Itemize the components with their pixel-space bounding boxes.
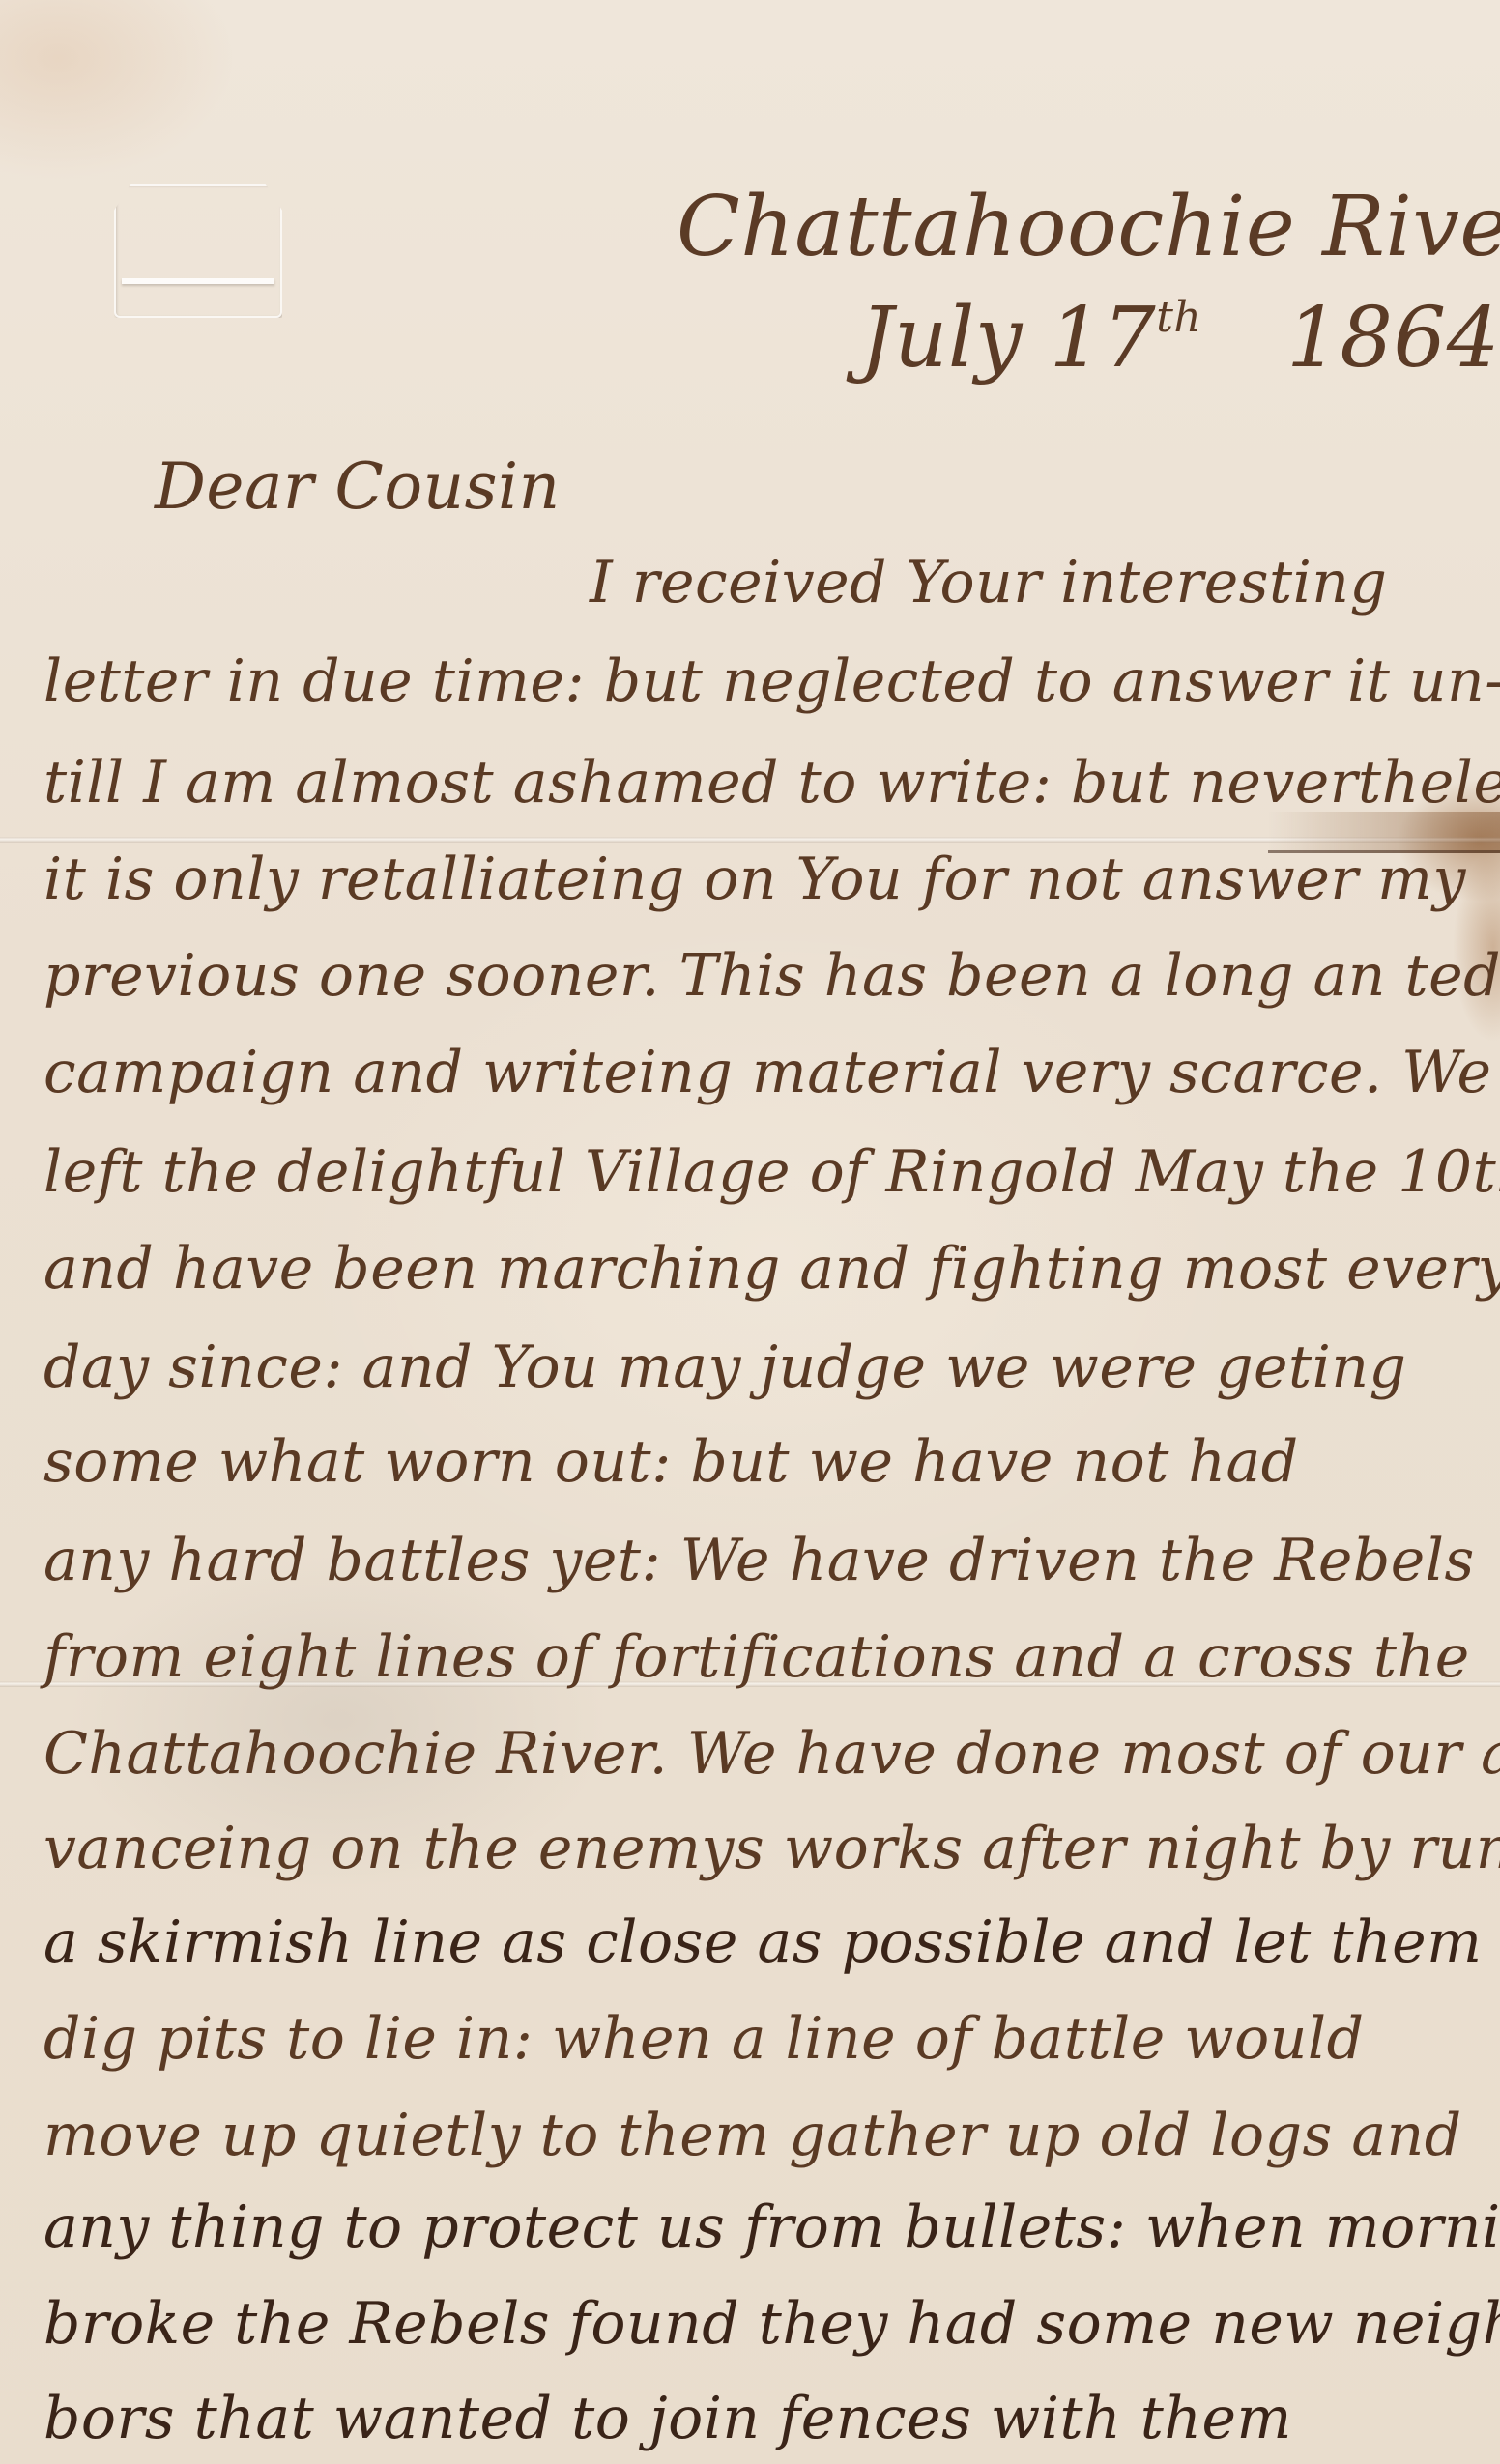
letter-line: bors that wanted to join fences with the… [43, 2385, 1292, 2452]
salutation: Dear Cousin [155, 449, 561, 524]
letter-line: broke the Rebels found they had some new… [43, 2290, 1500, 2358]
letter-line: some what worn out: but we have not had [43, 1428, 1299, 1496]
letter-line: it is only retalliateing on You for not … [43, 845, 1466, 913]
letter-line: campaign and writeing material very scar… [43, 1039, 1491, 1106]
letter-page: Chattahoochie River July 17th 1864 Dear … [0, 0, 1500, 2464]
letter-line: dig pits to lie in: when a line of battl… [43, 2005, 1365, 2073]
letter-line: I received Your interesting [590, 549, 1387, 616]
letter-line: move up quietly to them gather up old lo… [43, 2102, 1462, 2169]
letter-line: left the delightful Village of Ringold M… [43, 1138, 1500, 1206]
embossed-stationery-mark [114, 184, 282, 318]
letter-line: any hard battles yet: We have driven the… [43, 1527, 1475, 1594]
date-suffix: th [1156, 293, 1201, 342]
letter-line: any thing to protect us from bullets: wh… [43, 2193, 1500, 2261]
letter-line: day since: and You may judge we were get… [43, 1333, 1406, 1401]
letter-line: vanceing on the enemys works after night… [43, 1815, 1500, 1882]
letter-line: Chattahoochie River. We have done most o… [43, 1720, 1500, 1788]
letter-line: and have been marching and fighting most… [43, 1235, 1500, 1303]
letter-line: till I am almost ashamed to write: but n… [43, 749, 1500, 817]
letter-line: previous one sooner. This has been a lon… [43, 942, 1500, 1010]
heading-date: July 17th 1864 [860, 290, 1500, 387]
date-year: 1864 [1286, 290, 1500, 387]
date-month-day: July 17 [860, 290, 1156, 387]
emboss-bar [122, 278, 274, 284]
letter-line: from eight lines of fortifications and a… [43, 1623, 1470, 1691]
letter-line: a skirmish line as close as possible and… [43, 1908, 1483, 1976]
letter-line: letter in due time: but neglected to ans… [43, 647, 1500, 715]
heading-place: Chattahoochie River [677, 179, 1500, 275]
